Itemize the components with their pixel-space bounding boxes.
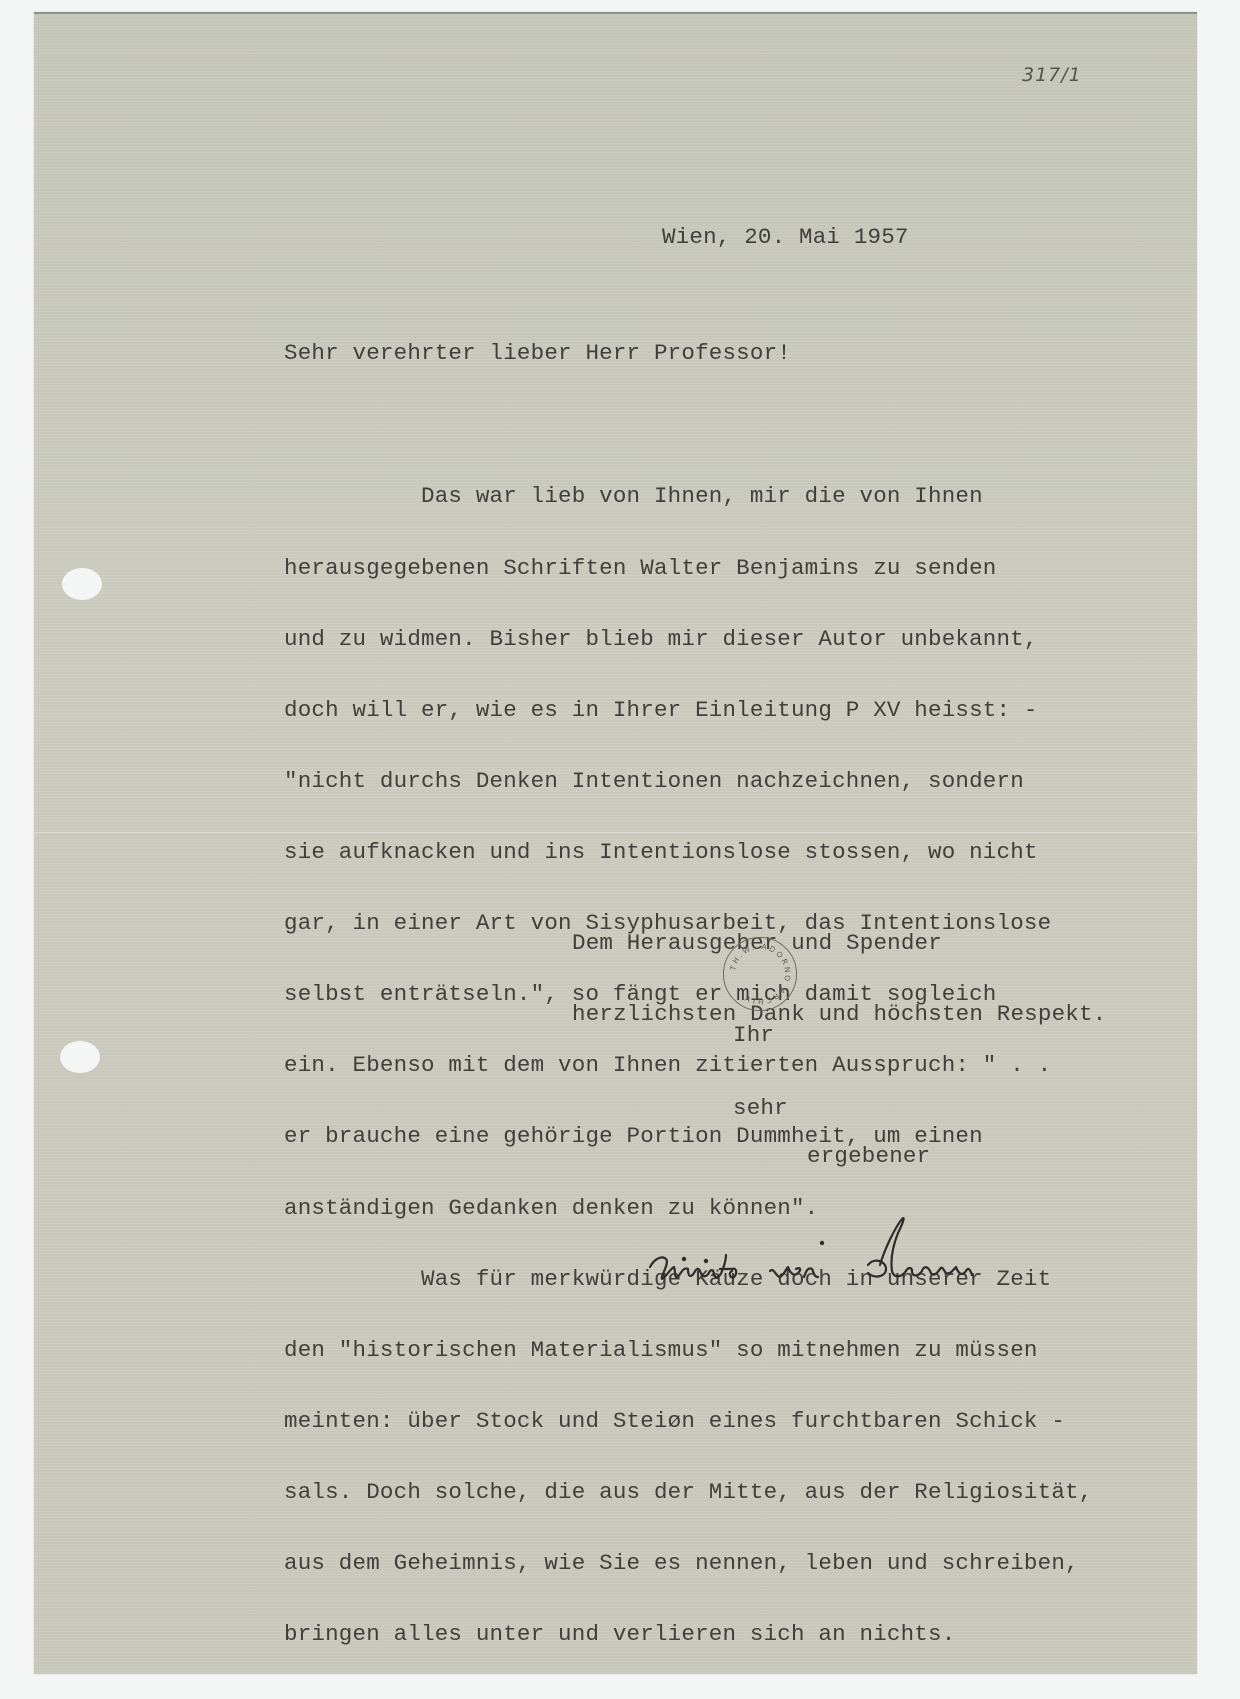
valediction-ihr: Ihr	[733, 1024, 774, 1048]
valediction-ergebener: ergebener	[807, 1145, 930, 1169]
punch-hole-top	[62, 568, 102, 600]
closing-line: Dem Herausgeber und Spender	[572, 932, 1106, 956]
stamp-text: TH.W. ADORNO ARCHIV	[728, 942, 792, 1006]
body-line: "nicht durchs Denken Intentionen nachzei…	[284, 770, 1092, 794]
body-line: den "historischen Materialismus" so mitn…	[284, 1339, 1092, 1363]
handwritten-signature	[640, 1207, 1040, 1312]
signature-icon	[640, 1207, 1040, 1307]
archive-number: 317/1	[1022, 64, 1082, 86]
body-line: doch will er, wie es in Ihrer Einleitung…	[284, 699, 1092, 723]
body-line: herausgegebenen Schriften Walter Benjami…	[284, 557, 1092, 581]
letter-page: 317/1 Wien, 20. Mai 1957 Sehr verehrter …	[34, 12, 1197, 1674]
body-line: aus dem Geheimnis, wie Sie es nennen, le…	[284, 1552, 1092, 1576]
salutation: Sehr verehrter lieber Herr Professor!	[284, 342, 791, 366]
date-line: Wien, 20. Mai 1957	[662, 226, 909, 250]
archive-stamp: TH.W. ADORNO ARCHIV	[723, 937, 797, 1011]
closing: Dem Herausgeber und Spender herzlichsten…	[572, 885, 1106, 1074]
body-line: er brauche eine gehörige Portion Dummhei…	[284, 1125, 1092, 1149]
body-line: bringen alles unter und verlieren sich a…	[284, 1623, 1092, 1647]
punch-hole-bottom	[60, 1041, 100, 1073]
body-line: meinten: über Stock und Steiøn eines fur…	[284, 1410, 1092, 1434]
svg-text:TH.W. ADORNO ARCHIV: TH.W. ADORNO ARCHIV	[728, 942, 792, 1006]
body-line: Das war lieb von Ihnen, mir die von Ihne…	[284, 485, 1092, 509]
body-line: sals. Doch solche, die aus der Mitte, au…	[284, 1481, 1092, 1505]
stamp-ring-icon: TH.W. ADORNO ARCHIV	[724, 938, 796, 1010]
valediction-sehr: sehr	[733, 1097, 788, 1121]
closing-line: herzlichsten Dank und höchsten Respekt.	[572, 1003, 1106, 1027]
body-line: sie aufknacken und ins Intentionslose st…	[284, 841, 1092, 865]
body-line: und zu widmen. Bisher blieb mir dieser A…	[284, 628, 1092, 652]
